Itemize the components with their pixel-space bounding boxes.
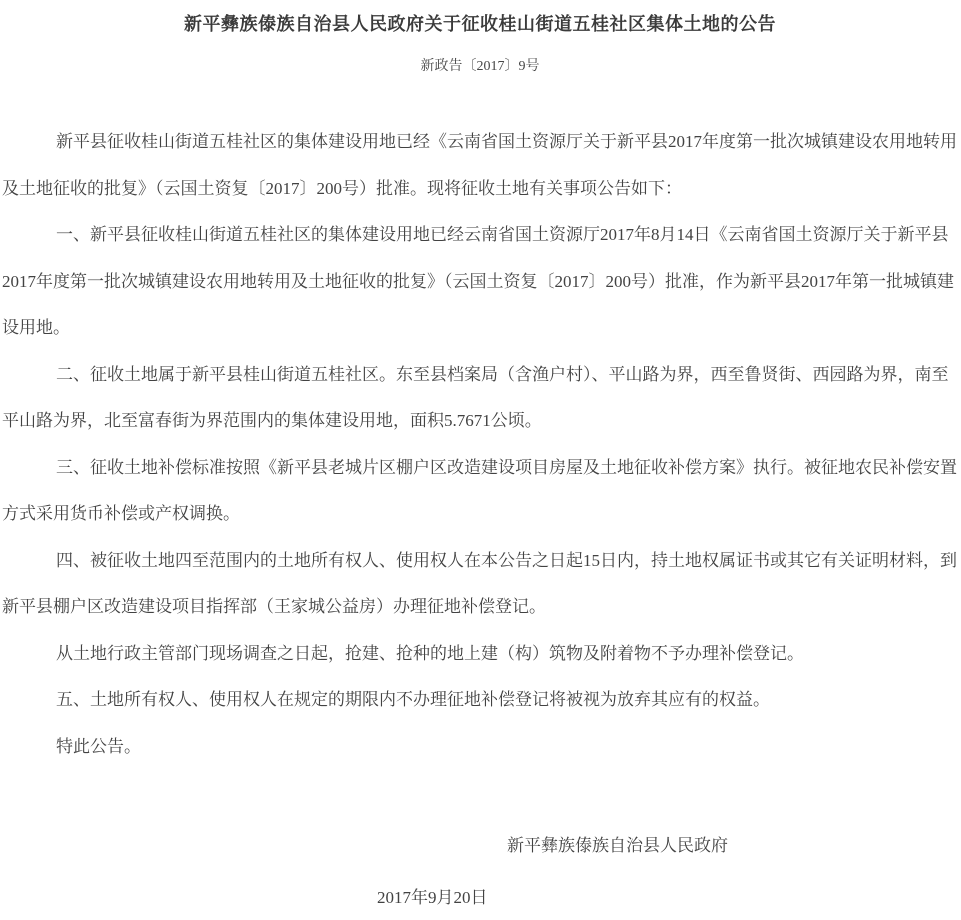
paragraph-item-4: 四、被征收土地四至范围内的土地所有权人、使用权人在本公告之日起15日内，持土地权… (2, 538, 958, 631)
announcement-document: 新平彝族傣族自治县人民政府关于征收桂山街道五桂社区集体土地的公告 新政告〔201… (0, 0, 961, 920)
paragraph-item-3: 三、征收土地补偿标准按照《新平县老城片区棚户区改造建设项目房屋及土地征收补偿方案… (2, 445, 958, 538)
paragraph-item-5: 五、土地所有权人、使用权人在规定的期限内不办理征地补偿登记将被视为放弃其应有的权… (2, 677, 958, 724)
document-number: 新政告〔2017〕9号 (2, 58, 958, 76)
paragraph-note: 从土地行政主管部门现场调查之日起，抢建、抢种的地上建（构）筑物及附着物不予办理补… (2, 631, 958, 678)
paragraph-intro: 新平县征收桂山街道五桂社区的集体建设用地已经《云南省国土资源厅关于新平县2017… (2, 119, 958, 212)
document-body: 新平县征收桂山街道五桂社区的集体建设用地已经《云南省国土资源厅关于新平县2017… (2, 119, 958, 770)
paragraph-closing: 特此公告。 (2, 724, 958, 771)
issue-date: 2017年9月20日 (2, 875, 958, 920)
document-title: 新平彝族傣族自治县人民政府关于征收桂山街道五桂社区集体土地的公告 (2, 12, 958, 36)
paragraph-item-1: 一、新平县征收桂山街道五桂社区的集体建设用地已经云南省国土资源厅2017年8月1… (2, 212, 958, 352)
paragraph-item-2: 二、征收土地属于新平县桂山街道五桂社区。东至县档案局（含渔户村）、平山路为界，西… (2, 352, 958, 445)
issuer-signature: 新平彝族傣族自治县人民政府 (2, 823, 958, 870)
